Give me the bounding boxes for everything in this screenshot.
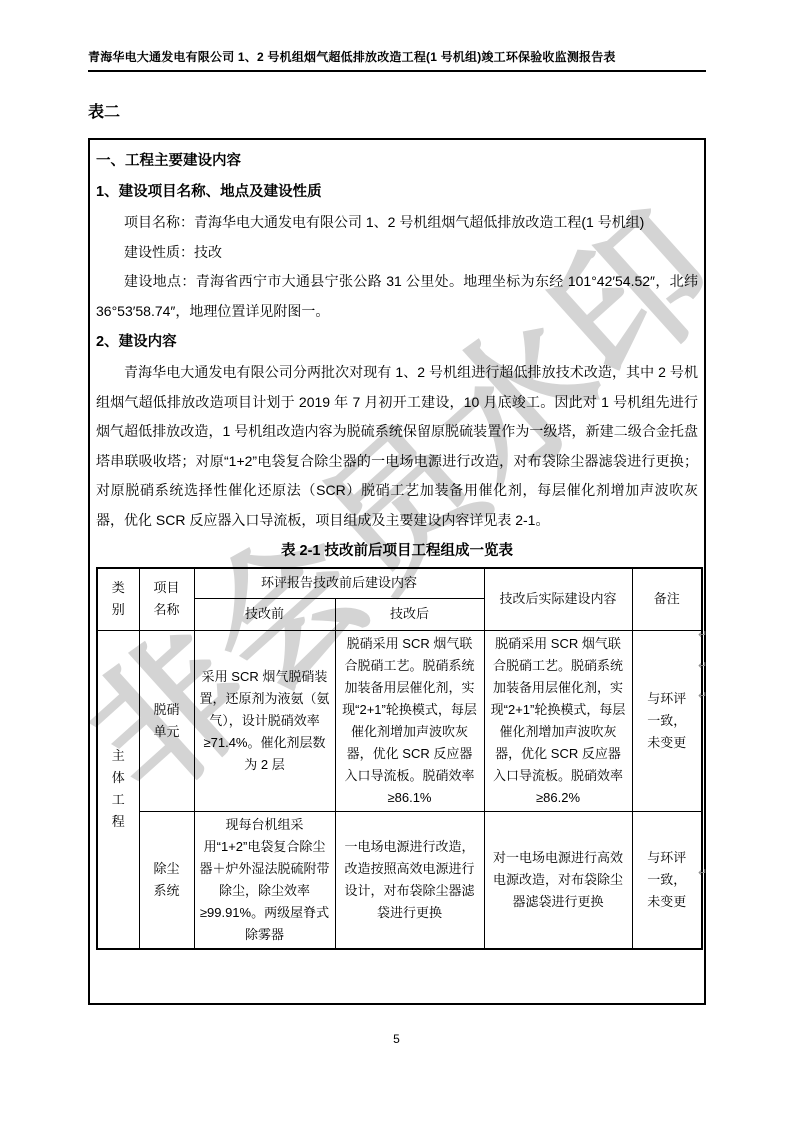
remark-label: 与环评一致，未变更 (643, 688, 691, 754)
construction-location-paragraph: 建设地点：青海省西宁市大通县宁张公路 31 公里处。地理坐标为东经 101°42… (96, 267, 698, 326)
section-title: 一、工程主要建设内容 (96, 146, 698, 176)
project-label: 除尘系统 (152, 858, 181, 902)
project-label: 脱硝单元 (152, 699, 181, 743)
remark-label: 与环评一致，未变更 (643, 847, 691, 913)
project-name-paragraph: 项目名称：青海华电大通发电有限公司 1、2 号机组烟气超低排放改造工程(1 号机… (96, 208, 698, 238)
before-cell: 采用 SCR 烟气脱硝装置，还原剂为液氨（氨气），设计脱硝效率≥71.4%。催化… (194, 630, 335, 811)
sheet-label: 表二 (88, 99, 120, 122)
construction-content-paragraph: 青海华电大通发电有限公司分两批次对现有 1、2 号机组进行超低排放技术改造，其中… (96, 358, 698, 535)
page-number: 5 (0, 1032, 793, 1046)
header-cell-after: 技改后 (335, 598, 484, 630)
after-cell: 脱硝采用 SCR 烟气联合脱硝工艺。脱硝系统加装备用层催化剂，实现“2+1”轮换… (335, 630, 484, 811)
header-category-label: 类别 (111, 577, 125, 621)
project-composition-table: 类别 项目名称 环评报告技改前后建设内容 技改后实际建设内容 备注 技改前 技改… (96, 567, 703, 950)
subsection-1-title: 1、建设项目名称、地点及建设性质 (96, 176, 698, 208)
actual-cell: 脱硝采用 SCR 烟气联合脱硝工艺。脱硝系统加装备用层催化剂，实现“2+1”轮换… (484, 630, 632, 811)
table-header-row-1: 类别 项目名称 环评报告技改前后建设内容 技改后实际建设内容 备注 (97, 568, 702, 598)
table-row: 除尘系统 现每台机组采用“1+2”电袋复合除尘器＋炉外湿法脱硫附带除尘，除尘效率… (97, 811, 702, 949)
header-cell-category: 类别 (97, 568, 139, 630)
project-cell: 除尘系统 (139, 811, 194, 949)
category-cell: 主体工程 (97, 630, 139, 949)
header-divider (88, 70, 706, 72)
paragraph-mark-icon: ↵ (698, 661, 707, 672)
category-label: 主体工程 (111, 745, 125, 833)
table-row: 主体工程 脱硝单元 采用 SCR 烟气脱硝装置，还原剂为液氨（氨气），设计脱硝效… (97, 630, 702, 811)
header-cell-actual: 技改后实际建设内容 (484, 568, 632, 630)
before-cell: 现每台机组采用“1+2”电袋复合除尘器＋炉外湿法脱硫附带除尘，除尘效率≥99.9… (194, 811, 335, 949)
header-cell-before: 技改前 (194, 598, 335, 630)
remark-cell: 与环评一致，未变更 (632, 811, 702, 949)
paragraph-mark-icon: ↵ (698, 691, 707, 702)
project-cell: 脱硝单元 (139, 630, 194, 811)
table-2-1-title: 表 2-1 技改前后项目工程组成一览表 (96, 537, 698, 565)
content-box: 一、工程主要建设内容 1、建设项目名称、地点及建设性质 项目名称：青海华电大通发… (88, 138, 706, 1005)
paragraph-mark-icon: ↵ (698, 868, 707, 879)
header-cell-project: 项目名称 (139, 568, 194, 630)
after-cell: 一电场电源进行改造，改造按照高效电源进行设计，对布袋除尘器滤袋进行更换 (335, 811, 484, 949)
header-cell-remark: 备注 (632, 568, 702, 630)
header-cell-eia-group: 环评报告技改前后建设内容 (194, 568, 484, 598)
document-header-title: 青海华电大通发电有限公司 1、2 号机组烟气超低排放改造工程(1 号机组)竣工环… (88, 48, 706, 65)
paragraph-mark-icon: ↵ (698, 630, 707, 641)
subsection-2-title: 2、建设内容 (96, 326, 698, 358)
remark-cell: 与环评一致，未变更 (632, 630, 702, 811)
actual-cell: 对一电场电源进行高效电源改造，对布袋除尘器滤袋进行更换 (484, 811, 632, 949)
header-project-label: 项目名称 (152, 577, 181, 621)
construction-nature-paragraph: 建设性质：技改 (96, 238, 698, 268)
